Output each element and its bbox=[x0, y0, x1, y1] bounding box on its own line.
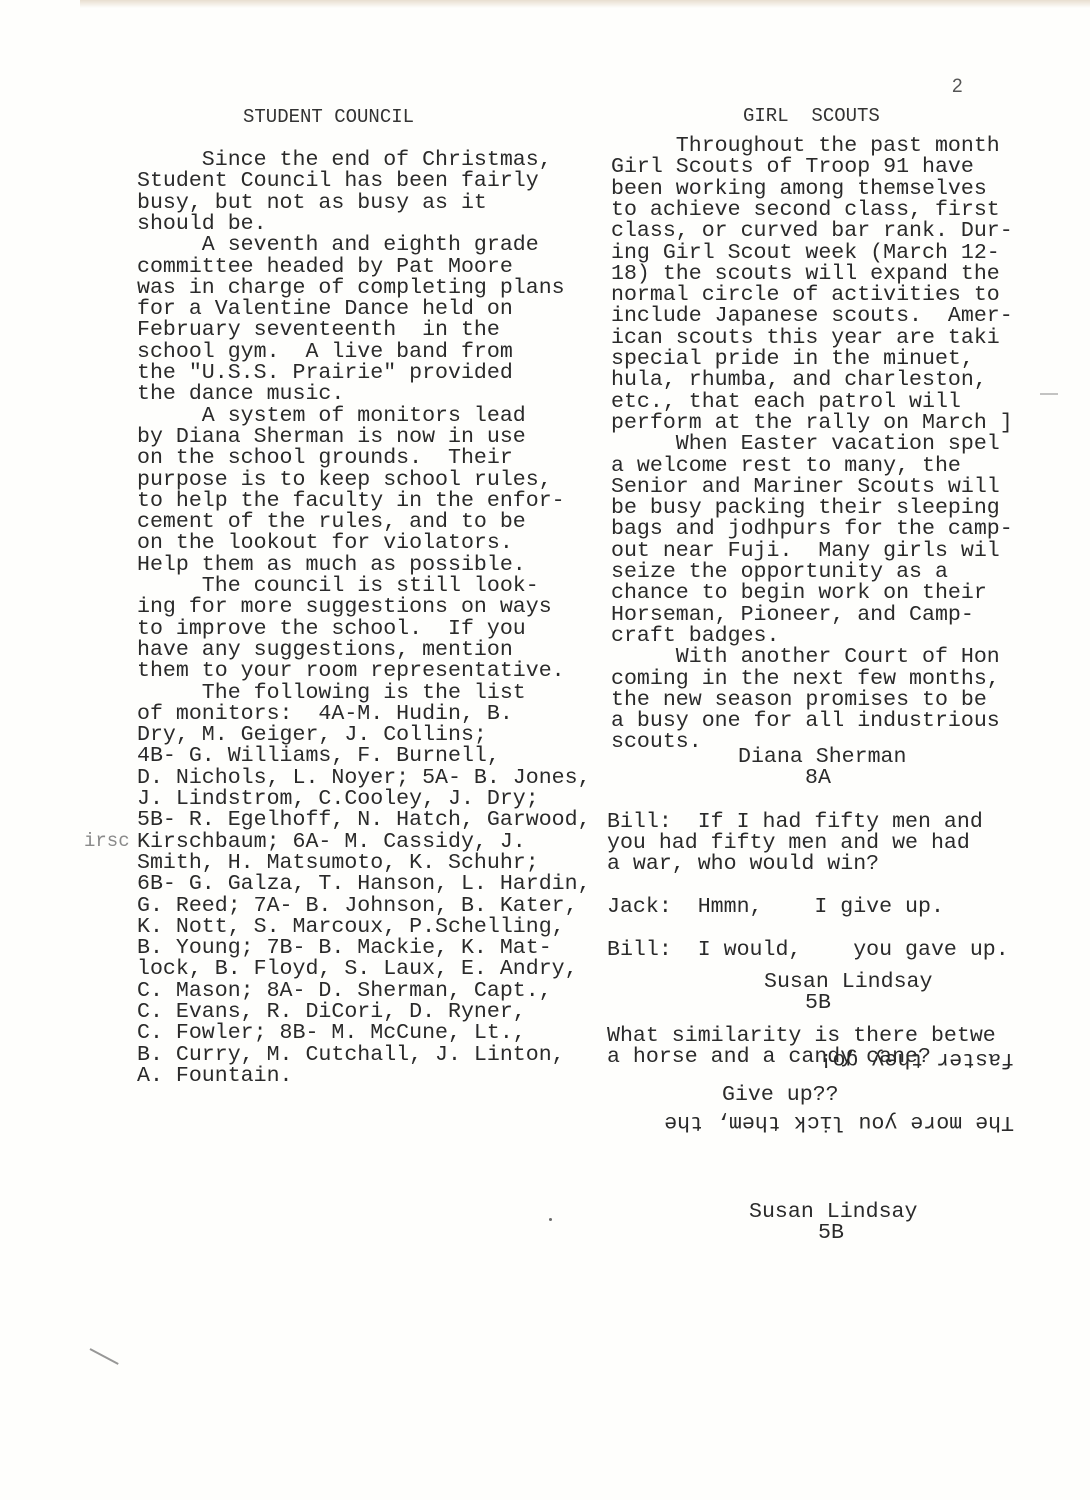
student-council-heading: STUDENT COUNCIL bbox=[243, 107, 414, 127]
student-council-line: ing for more suggestions on ways bbox=[137, 597, 552, 618]
girl-scouts-line: normal circle of activities to bbox=[611, 285, 1000, 306]
student-council-line: B. Curry, M. Cutchall, J. Linton, bbox=[137, 1045, 565, 1066]
answer-line-2: faster they go! bbox=[594, 1047, 1014, 1068]
girl-scouts-line: scouts. bbox=[611, 732, 702, 753]
student-council-line: lock, B. Floyd, S. Laux, E. Andry, bbox=[137, 959, 578, 980]
student-council-line: on the lookout for violators. bbox=[137, 533, 513, 554]
answer-line-1: The more you lick them, the bbox=[594, 1111, 1014, 1132]
student-council-line: 4B- G. Williams, F. Burnell, bbox=[137, 746, 500, 767]
student-council-line: Since the end of Christmas, bbox=[137, 150, 552, 171]
girl-scouts-line: a busy one for all industrious bbox=[611, 711, 1000, 732]
student-council-line: Student Council has been fairly bbox=[137, 171, 539, 192]
typewritten-page: 2 STUDENT COUNCIL Since the end of Chris… bbox=[0, 0, 1090, 1500]
girl-scouts-line: a welcome rest to many, the bbox=[611, 456, 961, 477]
student-council-line: The following is the list bbox=[137, 683, 526, 704]
student-council-line: of monitors: 4A-M. Hudin, B. bbox=[137, 704, 513, 725]
student-council-line: B. Young; 7B- B. Mackie, K. Mat- bbox=[137, 938, 552, 959]
student-council-line: have any suggestions, mention bbox=[137, 640, 513, 661]
paper-crease bbox=[80, 0, 1090, 8]
student-council-line: them to your room representative. bbox=[137, 661, 565, 682]
student-council-line: by Diana Sherman is now in use bbox=[137, 427, 526, 448]
student-council-line: Dry, M. Geiger, J. Collins; bbox=[137, 725, 487, 746]
girl-scouts-line: ican scouts this year are taki bbox=[611, 328, 1000, 349]
student-council-line: to improve the school. If you bbox=[137, 619, 526, 640]
girl-scouts-line: to achieve second class, first bbox=[611, 200, 1000, 221]
student-council-line: the dance music. bbox=[137, 384, 344, 405]
student-council-line: committee headed by Pat Moore bbox=[137, 257, 513, 278]
student-council-line: should be. bbox=[137, 214, 267, 235]
girl-scouts-line: ing Girl Scout week (March 12- bbox=[611, 243, 1000, 264]
student-council-line: C. Mason; 8A- D. Sherman, Capt., bbox=[137, 981, 552, 1002]
byline-1-grade: 8A bbox=[805, 768, 831, 789]
student-council-line: to help the faculty in the enfor- bbox=[137, 491, 565, 512]
student-council-line: Kirschbaum; 6A- M. Cassidy, J. bbox=[137, 832, 526, 853]
girl-scouts-line: be busy packing their sleeping bbox=[611, 498, 1000, 519]
student-council-line: The council is still look- bbox=[137, 576, 539, 597]
margin-strikeover: irsc bbox=[84, 830, 130, 852]
student-council-line: the "U.S.S. Prairie" provided bbox=[137, 363, 513, 384]
girl-scouts-line: out near Fuji. Many girls wil bbox=[611, 541, 1000, 562]
student-council-line: for a Valentine Dance held on bbox=[137, 299, 513, 320]
student-council-line: cement of the rules, and to be bbox=[137, 512, 526, 533]
student-council-line: C. Evans, R. DiCori, D. Ryner, bbox=[137, 1002, 526, 1023]
joke-2-answer-upside-down: The more you lick them, the faster they … bbox=[594, 1131, 1014, 1175]
student-council-line: busy, but not as busy as it bbox=[137, 193, 487, 214]
girl-scouts-line: chance to begin work on their bbox=[611, 583, 987, 604]
stray-pen-mark bbox=[90, 1348, 119, 1365]
student-council-line: purpose is to keep school rules, bbox=[137, 470, 552, 491]
student-council-line: K. Nott, S. Marcoux, P.Schelling, bbox=[137, 917, 565, 938]
girl-scouts-line: special pride in the minuet, bbox=[611, 349, 974, 370]
student-council-line: Help them as much as possible. bbox=[137, 555, 526, 576]
joke-1-line: Bill: I would, you gave up. bbox=[607, 940, 1009, 961]
student-council-line: D. Nichols, L. Noyer; 5A- B. Jones, bbox=[137, 768, 591, 789]
page-number: 2 bbox=[952, 76, 963, 98]
girl-scouts-line: etc., that each patrol will bbox=[611, 392, 961, 413]
student-council-line: 5B- R. Egelhoff, N. Hatch, Garwood, bbox=[137, 810, 591, 831]
girl-scouts-line: coming in the next few months, bbox=[611, 669, 1000, 690]
girl-scouts-line: Senior and Mariner Scouts will bbox=[611, 477, 1000, 498]
girl-scouts-line: perform at the rally on March ] bbox=[611, 413, 1013, 434]
student-council-line: February seventeenth in the bbox=[137, 320, 500, 341]
student-council-line: on the school grounds. Their bbox=[137, 448, 513, 469]
girl-scouts-line: Throughout the past month bbox=[611, 136, 1000, 157]
girl-scouts-line: Girl Scouts of Troop 91 have bbox=[611, 157, 974, 178]
girl-scouts-line: been working among themselves bbox=[611, 179, 987, 200]
student-council-line: school gym. A live band from bbox=[137, 342, 513, 363]
joke-1-line: Jack: Hmmn, I give up. bbox=[607, 897, 944, 918]
girl-scouts-line: bags and jodhpurs for the camp- bbox=[611, 519, 1013, 540]
girl-scouts-heading: GIRL SCOUTS bbox=[743, 106, 880, 126]
student-council-line: A. Fountain. bbox=[137, 1066, 293, 1087]
girl-scouts-line: With another Court of Hon bbox=[611, 647, 1000, 668]
student-council-line: C. Fowler; 8B- M. McCune, Lt., bbox=[137, 1023, 526, 1044]
joke-1-line: a war, who would win? bbox=[607, 854, 879, 875]
girl-scouts-line: When Easter vacation spel bbox=[611, 434, 1000, 455]
student-council-line: A seventh and eighth grade bbox=[137, 235, 539, 256]
girl-scouts-line: include Japanese scouts. Amer- bbox=[611, 306, 1013, 327]
stray-dot bbox=[549, 1218, 552, 1221]
girl-scouts-line: craft badges. bbox=[611, 626, 779, 647]
girl-scouts-line: 18) the scouts will expand the bbox=[611, 264, 1000, 285]
byline-3-grade: 5B bbox=[818, 1223, 844, 1244]
girl-scouts-line: Horseman, Pioneer, and Camp- bbox=[611, 605, 974, 626]
student-council-line: A system of monitors lead bbox=[137, 406, 526, 427]
student-council-line: was in charge of completing plans bbox=[137, 278, 565, 299]
stray-smudge bbox=[1040, 393, 1058, 395]
student-council-line: G. Reed; 7A- B. Johnson, B. Kater, bbox=[137, 896, 578, 917]
girl-scouts-line: class, or curved bar rank. Dur- bbox=[611, 221, 1013, 242]
student-council-line: Smith, H. Matsumoto, K. Schuhr; bbox=[137, 853, 539, 874]
girl-scouts-line: seize the opportunity as a bbox=[611, 562, 948, 583]
byline-2-name: Susan Lindsay bbox=[764, 972, 932, 993]
student-council-line: J. Lindstrom, C.Cooley, J. Dry; bbox=[137, 789, 539, 810]
student-council-line: 6B- G. Galza, T. Hanson, L. Hardin, bbox=[137, 874, 591, 895]
girl-scouts-line: hula, rhumba, and charleston, bbox=[611, 370, 987, 391]
girl-scouts-line: the new season promises to be bbox=[611, 690, 987, 711]
